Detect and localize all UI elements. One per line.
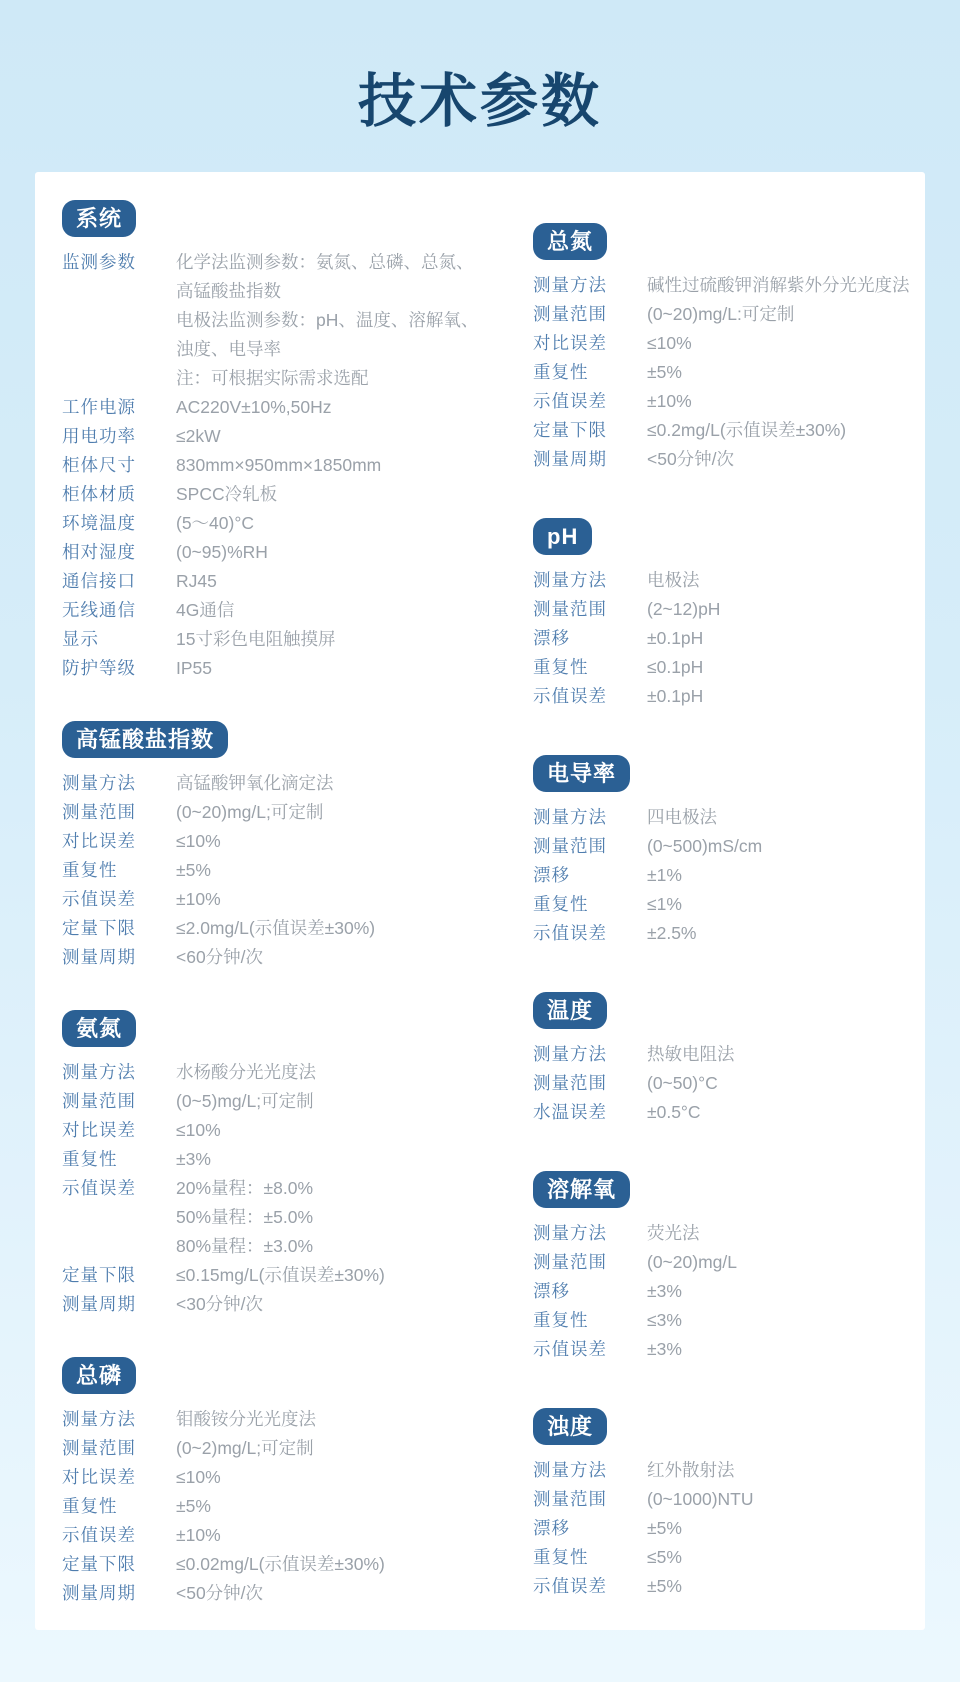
- spec-label: 测量周期: [533, 445, 647, 474]
- section-ph: pH测量方法电极法测量范围(2~12)pH漂移±0.1pH重复性≤0.1pH示值…: [533, 518, 913, 711]
- spec-value-line: IP55: [176, 654, 492, 683]
- spec-row: 用电功率≤2kW: [62, 422, 492, 451]
- spec-value-line: RJ45: [176, 567, 492, 596]
- spec-row: 监测参数化学法监测参数：氨氮、总磷、总氮、高锰酸盐指数电极法监测参数：pH、温度…: [62, 248, 492, 393]
- spec-label: 对比误差: [62, 1116, 176, 1145]
- spec-value: 高锰酸钾氧化滴定法: [176, 769, 492, 798]
- spec-value: ±2.5%: [647, 919, 913, 948]
- spec-row: 通信接口RJ45: [62, 567, 492, 596]
- spec-value: ±10%: [176, 1521, 492, 1550]
- spec-label: 测量范围: [533, 300, 647, 329]
- section-badge-system: 系统: [62, 200, 136, 237]
- page: 技术参数 系统监测参数化学法监测参数：氨氮、总磷、总氮、高锰酸盐指数电极法监测参…: [0, 0, 960, 1682]
- spec-value: ≤0.02mg/L(示值误差±30%): [176, 1550, 492, 1579]
- spec-value-line: (0~2)mg/L;可定制: [176, 1434, 492, 1463]
- spec-label: 重复性: [62, 1145, 176, 1174]
- spec-value-line: SPCC冷轧板: [176, 480, 492, 509]
- spec-value-line: 电极法: [647, 566, 913, 595]
- spec-label: 防护等级: [62, 654, 176, 683]
- section-ammonia-nitrogen: 氨氮测量方法水杨酸分光光度法测量范围(0~5)mg/L;可定制对比误差≤10%重…: [62, 1010, 492, 1319]
- spec-row: 对比误差≤10%: [62, 1116, 492, 1145]
- spec-value: ±5%: [176, 856, 492, 885]
- spec-value: 红外散射法: [647, 1456, 913, 1485]
- spec-label: 测量方法: [533, 1040, 647, 1069]
- spec-rows: 监测参数化学法监测参数：氨氮、总磷、总氮、高锰酸盐指数电极法监测参数：pH、温度…: [62, 248, 492, 683]
- spec-row: 示值误差±10%: [62, 885, 492, 914]
- spec-value: ±3%: [647, 1277, 913, 1306]
- spec-row: 重复性≤5%: [533, 1543, 913, 1572]
- spec-row: 测量范围(0~20)mg/L: [533, 1248, 913, 1277]
- spec-rows: 测量方法电极法测量范围(2~12)pH漂移±0.1pH重复性≤0.1pH示值误差…: [533, 566, 913, 711]
- spec-value-line: (0~5)mg/L;可定制: [176, 1087, 492, 1116]
- spec-value: ≤0.15mg/L(示值误差±30%): [176, 1261, 492, 1290]
- spec-rows: 测量方法荧光法测量范围(0~20)mg/L漂移±3%重复性≤3%示值误差±3%: [533, 1219, 913, 1364]
- spec-value: ±0.1pH: [647, 682, 913, 711]
- spec-label: 测量范围: [62, 798, 176, 827]
- spec-value-line: ±3%: [647, 1277, 913, 1306]
- spec-value: ±5%: [647, 358, 913, 387]
- spec-label: 对比误差: [62, 827, 176, 856]
- spec-value: 电极法: [647, 566, 913, 595]
- spec-value-line: (0~20)mg/L;可定制: [176, 798, 492, 827]
- spec-value-line: ≤0.2mg/L(示值误差±30%): [647, 416, 913, 445]
- spec-row: 柜体材质SPCC冷轧板: [62, 480, 492, 509]
- spec-label: 重复性: [533, 890, 647, 919]
- spec-value-line: 830mm×950mm×1850mm: [176, 451, 492, 480]
- spec-label: 水温误差: [533, 1098, 647, 1127]
- spec-value: (0~500)mS/cm: [647, 832, 913, 861]
- spec-row: 测量方法热敏电阻法: [533, 1040, 913, 1069]
- spec-row: 柜体尺寸830mm×950mm×1850mm: [62, 451, 492, 480]
- spec-row: 测量方法荧光法: [533, 1219, 913, 1248]
- spec-value: ≤0.2mg/L(示值误差±30%): [647, 416, 913, 445]
- spec-value-line: <60分钟/次: [176, 943, 492, 972]
- spec-value-line: ±5%: [647, 1572, 913, 1601]
- spec-value-line: 四电极法: [647, 803, 913, 832]
- section-temperature: 温度测量方法热敏电阻法测量范围(0~50)°C水温误差±0.5°C: [533, 992, 913, 1127]
- spec-row: 重复性±3%: [62, 1145, 492, 1174]
- section-conductivity: 电导率测量方法四电极法测量范围(0~500)mS/cm漂移±1%重复性≤1%示值…: [533, 755, 913, 948]
- spec-value: 化学法监测参数：氨氮、总磷、总氮、高锰酸盐指数电极法监测参数：pH、温度、溶解氧…: [176, 248, 492, 393]
- spec-label: 柜体尺寸: [62, 451, 176, 480]
- spec-value: (0~2)mg/L;可定制: [176, 1434, 492, 1463]
- spec-label: 工作电源: [62, 393, 176, 422]
- spec-row: 定量下限≤0.02mg/L(示值误差±30%): [62, 1550, 492, 1579]
- spec-row: 测量范围(0~1000)NTU: [533, 1485, 913, 1514]
- spec-row: 对比误差≤10%: [62, 827, 492, 856]
- spec-label: 测量范围: [533, 832, 647, 861]
- spec-value-line: 高锰酸盐指数: [176, 277, 492, 306]
- spec-label: 监测参数: [62, 248, 176, 277]
- spec-value-line: (0~50)°C: [647, 1069, 913, 1098]
- spec-value-line: ±0.5°C: [647, 1098, 913, 1127]
- spec-label: 定量下限: [533, 416, 647, 445]
- section-dissolved-oxygen: 溶解氧测量方法荧光法测量范围(0~20)mg/L漂移±3%重复性≤3%示值误差±…: [533, 1171, 913, 1364]
- spec-row: 定量下限≤0.2mg/L(示值误差±30%): [533, 416, 913, 445]
- spec-value: 4G通信: [176, 596, 492, 625]
- section-badge-conductivity: 电导率: [533, 755, 630, 792]
- spec-row: 相对湿度(0~95)%RH: [62, 538, 492, 567]
- spec-label: 示值误差: [533, 682, 647, 711]
- spec-value-line: 化学法监测参数：氨氮、总磷、总氮、: [176, 248, 492, 277]
- spec-label: 测量方法: [62, 769, 176, 798]
- spec-row: 测量周期<60分钟/次: [62, 943, 492, 972]
- spec-value: 830mm×950mm×1850mm: [176, 451, 492, 480]
- spec-label: 定量下限: [62, 914, 176, 943]
- spec-value: ±5%: [176, 1492, 492, 1521]
- left-column: 系统监测参数化学法监测参数：氨氮、总磷、总氮、高锰酸盐指数电极法监测参数：pH、…: [62, 172, 492, 1608]
- spec-value: ≤0.1pH: [647, 653, 913, 682]
- spec-row: 重复性≤1%: [533, 890, 913, 919]
- spec-value: ±0.1pH: [647, 624, 913, 653]
- spec-row: 测量周期<50分钟/次: [62, 1579, 492, 1608]
- spec-value-line: (0~20)mg/L:可定制: [647, 300, 913, 329]
- spec-value: ≤2.0mg/L(示值误差±30%): [176, 914, 492, 943]
- spec-value-line: <50分钟/次: [647, 445, 913, 474]
- spec-row: 定量下限≤0.15mg/L(示值误差±30%): [62, 1261, 492, 1290]
- spec-label: 测量范围: [62, 1434, 176, 1463]
- spec-label: 漂移: [533, 1277, 647, 1306]
- spec-value-line: ≤2.0mg/L(示值误差±30%): [176, 914, 492, 943]
- spec-label: 漂移: [533, 861, 647, 890]
- spec-value-line: 注：可根据实际需求选配: [176, 364, 492, 393]
- spec-rows: 测量方法热敏电阻法测量范围(0~50)°C水温误差±0.5°C: [533, 1040, 913, 1127]
- spec-value-line: ≤10%: [176, 827, 492, 856]
- spec-row: 测量范围(0~50)°C: [533, 1069, 913, 1098]
- spec-label: 示值误差: [62, 1174, 176, 1203]
- spec-value: 水杨酸分光光度法: [176, 1058, 492, 1087]
- spec-label: 示值误差: [533, 1572, 647, 1601]
- spec-value-line: ±10%: [647, 387, 913, 416]
- spec-rows: 测量方法钼酸铵分光光度法测量范围(0~2)mg/L;可定制对比误差≤10%重复性…: [62, 1405, 492, 1608]
- spec-label: 定量下限: [62, 1550, 176, 1579]
- spec-value: <60分钟/次: [176, 943, 492, 972]
- spec-label: 测量周期: [62, 1579, 176, 1608]
- spec-label: 示值误差: [533, 1335, 647, 1364]
- spec-row: 重复性≤3%: [533, 1306, 913, 1335]
- spec-row: 测量方法四电极法: [533, 803, 913, 832]
- spec-row: 示值误差20%量程：±8.0%50%量程：±5.0%80%量程：±3.0%: [62, 1174, 492, 1261]
- spec-value-line: ±10%: [176, 1521, 492, 1550]
- spec-label: 显示: [62, 625, 176, 654]
- spec-row: 测量方法水杨酸分光光度法: [62, 1058, 492, 1087]
- spec-row: 示值误差±3%: [533, 1335, 913, 1364]
- spec-value-line: 荧光法: [647, 1219, 913, 1248]
- spec-value-line: 高锰酸钾氧化滴定法: [176, 769, 492, 798]
- spec-label: 测量范围: [62, 1087, 176, 1116]
- spec-label: 示值误差: [62, 885, 176, 914]
- spec-label: 重复性: [533, 653, 647, 682]
- spec-label: 测量周期: [62, 1290, 176, 1319]
- spec-row: 示值误差±0.1pH: [533, 682, 913, 711]
- spec-label: 测量范围: [533, 595, 647, 624]
- spec-rows: 测量方法碱性过硫酸钾消解紫外分光光度法测量范围(0~20)mg/L:可定制对比误…: [533, 271, 913, 474]
- spec-value-line: 4G通信: [176, 596, 492, 625]
- spec-value: ≤10%: [176, 827, 492, 856]
- spec-value-line: (0~95)%RH: [176, 538, 492, 567]
- spec-row: 工作电源AC220V±10%,50Hz: [62, 393, 492, 422]
- spec-row: 重复性±5%: [533, 358, 913, 387]
- spec-value-line: 红外散射法: [647, 1456, 913, 1485]
- spec-value: ±1%: [647, 861, 913, 890]
- spec-value-line: 浊度、电导率: [176, 335, 492, 364]
- spec-value-line: ±3%: [647, 1335, 913, 1364]
- spec-value-line: 碱性过硫酸钾消解紫外分光光度法: [647, 271, 913, 300]
- spec-value-line: ≤2kW: [176, 422, 492, 451]
- spec-row: 测量范围(0~20)mg/L:可定制: [533, 300, 913, 329]
- spec-value-line: 水杨酸分光光度法: [176, 1058, 492, 1087]
- spec-value-line: ≤0.15mg/L(示值误差±30%): [176, 1261, 492, 1290]
- spec-value-line: ±10%: [176, 885, 492, 914]
- spec-value-line: (5～40)°C: [176, 509, 492, 538]
- spec-row: 测量周期<50分钟/次: [533, 445, 913, 474]
- spec-label: 测量方法: [533, 803, 647, 832]
- spec-value: <50分钟/次: [647, 445, 913, 474]
- spec-value: 荧光法: [647, 1219, 913, 1248]
- spec-row: 测量范围(0~20)mg/L;可定制: [62, 798, 492, 827]
- spec-label: 定量下限: [62, 1261, 176, 1290]
- spec-label: 测量范围: [533, 1485, 647, 1514]
- spec-value: (2~12)pH: [647, 595, 913, 624]
- section-badge-ph: pH: [533, 518, 592, 555]
- spec-value: (0~5)mg/L;可定制: [176, 1087, 492, 1116]
- spec-row: 测量方法高锰酸钾氧化滴定法: [62, 769, 492, 798]
- spec-value: SPCC冷轧板: [176, 480, 492, 509]
- spec-row: 示值误差±10%: [533, 387, 913, 416]
- spec-value: (0~20)mg/L;可定制: [176, 798, 492, 827]
- spec-label: 漂移: [533, 1514, 647, 1543]
- spec-row: 对比误差≤10%: [62, 1463, 492, 1492]
- right-column: 总氮测量方法碱性过硫酸钾消解紫外分光光度法测量范围(0~20)mg/L:可定制对…: [533, 172, 913, 1601]
- spec-label: 示值误差: [533, 919, 647, 948]
- spec-row: 定量下限≤2.0mg/L(示值误差±30%): [62, 914, 492, 943]
- spec-value-line: 80%量程：±3.0%: [176, 1232, 492, 1261]
- spec-label: 重复性: [62, 1492, 176, 1521]
- spec-row: 漂移±1%: [533, 861, 913, 890]
- page-title: 技术参数: [0, 54, 960, 138]
- spec-value: <50分钟/次: [176, 1579, 492, 1608]
- spec-value-line: ±5%: [647, 1514, 913, 1543]
- spec-value: (0~50)°C: [647, 1069, 913, 1098]
- spec-row: 环境温度(5～40)°C: [62, 509, 492, 538]
- spec-value: (0~20)mg/L: [647, 1248, 913, 1277]
- spec-label: 重复性: [533, 1543, 647, 1572]
- spec-value: ±5%: [647, 1572, 913, 1601]
- spec-value-line: (2~12)pH: [647, 595, 913, 624]
- spec-rows: 测量方法高锰酸钾氧化滴定法测量范围(0~20)mg/L;可定制对比误差≤10%重…: [62, 769, 492, 972]
- spec-label: 测量方法: [533, 271, 647, 300]
- spec-rows: 测量方法水杨酸分光光度法测量范围(0~5)mg/L;可定制对比误差≤10%重复性…: [62, 1058, 492, 1319]
- section-permanganate-index: 高锰酸盐指数测量方法高锰酸钾氧化滴定法测量范围(0~20)mg/L;可定制对比误…: [62, 721, 492, 972]
- spec-value: ≤2kW: [176, 422, 492, 451]
- spec-label: 相对湿度: [62, 538, 176, 567]
- spec-value-line: ±0.1pH: [647, 682, 913, 711]
- section-total-phosphorus: 总磷测量方法钼酸铵分光光度法测量范围(0~2)mg/L;可定制对比误差≤10%重…: [62, 1357, 492, 1608]
- spec-value: IP55: [176, 654, 492, 683]
- spec-value: (0~95)%RH: [176, 538, 492, 567]
- spec-row: 重复性≤0.1pH: [533, 653, 913, 682]
- spec-label: 重复性: [533, 358, 647, 387]
- spec-value: (0~20)mg/L:可定制: [647, 300, 913, 329]
- spec-row: 对比误差≤10%: [533, 329, 913, 358]
- spec-row: 示值误差±10%: [62, 1521, 492, 1550]
- spec-row: 重复性±5%: [62, 856, 492, 885]
- spec-label: 测量方法: [533, 1219, 647, 1248]
- spec-row: 测量范围(0~500)mS/cm: [533, 832, 913, 861]
- spec-value: 钼酸铵分光光度法: [176, 1405, 492, 1434]
- section-badge-ammonia-nitrogen: 氨氮: [62, 1010, 136, 1047]
- section-badge-total-phosphorus: 总磷: [62, 1357, 136, 1394]
- spec-row: 测量方法电极法: [533, 566, 913, 595]
- spec-label: 测量范围: [533, 1248, 647, 1277]
- spec-value-line: ≤3%: [647, 1306, 913, 1335]
- spec-label: 测量方法: [533, 566, 647, 595]
- spec-value-line: ≤10%: [647, 329, 913, 358]
- spec-label: 柜体材质: [62, 480, 176, 509]
- spec-row: 测量范围(0~5)mg/L;可定制: [62, 1087, 492, 1116]
- spec-value-line: ±1%: [647, 861, 913, 890]
- spec-value-line: (0~20)mg/L: [647, 1248, 913, 1277]
- spec-value: 15寸彩色电阻触摸屏: [176, 625, 492, 654]
- spec-value: 20%量程：±8.0%50%量程：±5.0%80%量程：±3.0%: [176, 1174, 492, 1261]
- spec-row: 测量范围(0~2)mg/L;可定制: [62, 1434, 492, 1463]
- spec-value: ±10%: [176, 885, 492, 914]
- spec-label: 无线通信: [62, 596, 176, 625]
- spec-value-line: ±5%: [647, 358, 913, 387]
- spec-value: ±5%: [647, 1514, 913, 1543]
- spec-value: ≤1%: [647, 890, 913, 919]
- spec-label: 重复性: [62, 856, 176, 885]
- spec-row: 示值误差±2.5%: [533, 919, 913, 948]
- spec-label: 测量范围: [533, 1069, 647, 1098]
- spec-row: 测量方法红外散射法: [533, 1456, 913, 1485]
- spec-rows: 测量方法红外散射法测量范围(0~1000)NTU漂移±5%重复性≤5%示值误差±…: [533, 1456, 913, 1601]
- spec-value: ±3%: [647, 1335, 913, 1364]
- spec-value: ≤10%: [176, 1116, 492, 1145]
- spec-card: 系统监测参数化学法监测参数：氨氮、总磷、总氮、高锰酸盐指数电极法监测参数：pH、…: [35, 172, 925, 1630]
- spec-value-line: <50分钟/次: [176, 1579, 492, 1608]
- spec-value-line: ≤5%: [647, 1543, 913, 1572]
- spec-value: 热敏电阻法: [647, 1040, 913, 1069]
- spec-row: 水温误差±0.5°C: [533, 1098, 913, 1127]
- spec-value-line: 电极法监测参数：pH、温度、溶解氧、: [176, 306, 492, 335]
- spec-value-line: <30分钟/次: [176, 1290, 492, 1319]
- spec-value-line: AC220V±10%,50Hz: [176, 393, 492, 422]
- spec-value-line: ±0.1pH: [647, 624, 913, 653]
- spec-row: 无线通信4G通信: [62, 596, 492, 625]
- spec-value: ≤3%: [647, 1306, 913, 1335]
- spec-value-line: ±5%: [176, 1492, 492, 1521]
- spec-value-line: 热敏电阻法: [647, 1040, 913, 1069]
- spec-value: <30分钟/次: [176, 1290, 492, 1319]
- spec-value: ±10%: [647, 387, 913, 416]
- spec-value: ≤10%: [647, 329, 913, 358]
- spec-label: 对比误差: [62, 1463, 176, 1492]
- spec-value-line: ±2.5%: [647, 919, 913, 948]
- section-badge-total-nitrogen: 总氮: [533, 223, 607, 260]
- spec-label: 示值误差: [62, 1521, 176, 1550]
- spec-label: 重复性: [533, 1306, 647, 1335]
- spec-value-line: 15寸彩色电阻触摸屏: [176, 625, 492, 654]
- spec-row: 测量范围(2~12)pH: [533, 595, 913, 624]
- spec-row: 测量方法钼酸铵分光光度法: [62, 1405, 492, 1434]
- spec-value: 四电极法: [647, 803, 913, 832]
- spec-label: 环境温度: [62, 509, 176, 538]
- spec-value: ±0.5°C: [647, 1098, 913, 1127]
- section-badge-turbidity: 浊度: [533, 1408, 607, 1445]
- spec-value: (5～40)°C: [176, 509, 492, 538]
- spec-value-line: (0~1000)NTU: [647, 1485, 913, 1514]
- section-system: 系统监测参数化学法监测参数：氨氮、总磷、总氮、高锰酸盐指数电极法监测参数：pH、…: [62, 200, 492, 683]
- spec-label: 示值误差: [533, 387, 647, 416]
- spec-value-line: ±5%: [176, 856, 492, 885]
- spec-row: 示值误差±5%: [533, 1572, 913, 1601]
- spec-value-line: 20%量程：±8.0%: [176, 1174, 492, 1203]
- section-badge-permanganate-index: 高锰酸盐指数: [62, 721, 228, 758]
- spec-label: 对比误差: [533, 329, 647, 358]
- spec-row: 漂移±5%: [533, 1514, 913, 1543]
- spec-value-line: ≤0.02mg/L(示值误差±30%): [176, 1550, 492, 1579]
- spec-label: 测量周期: [62, 943, 176, 972]
- spec-value-line: 钼酸铵分光光度法: [176, 1405, 492, 1434]
- section-badge-dissolved-oxygen: 溶解氧: [533, 1171, 630, 1208]
- spec-value: ±3%: [176, 1145, 492, 1174]
- spec-row: 测量方法碱性过硫酸钾消解紫外分光光度法: [533, 271, 913, 300]
- spec-label: 用电功率: [62, 422, 176, 451]
- spec-value-line: (0~500)mS/cm: [647, 832, 913, 861]
- spec-label: 漂移: [533, 624, 647, 653]
- spec-value-line: ±3%: [176, 1145, 492, 1174]
- section-total-nitrogen: 总氮测量方法碱性过硫酸钾消解紫外分光光度法测量范围(0~20)mg/L:可定制对…: [533, 223, 913, 474]
- spec-value: ≤5%: [647, 1543, 913, 1572]
- section-badge-temperature: 温度: [533, 992, 607, 1029]
- spec-value-line: 50%量程：±5.0%: [176, 1203, 492, 1232]
- spec-label: 测量方法: [533, 1456, 647, 1485]
- spec-value-line: ≤10%: [176, 1116, 492, 1145]
- spec-value-line: ≤1%: [647, 890, 913, 919]
- spec-value: AC220V±10%,50Hz: [176, 393, 492, 422]
- spec-value-line: ≤10%: [176, 1463, 492, 1492]
- spec-label: 通信接口: [62, 567, 176, 596]
- spec-label: 测量方法: [62, 1405, 176, 1434]
- spec-label: 测量方法: [62, 1058, 176, 1087]
- section-turbidity: 浊度测量方法红外散射法测量范围(0~1000)NTU漂移±5%重复性≤5%示值误…: [533, 1408, 913, 1601]
- spec-rows: 测量方法四电极法测量范围(0~500)mS/cm漂移±1%重复性≤1%示值误差±…: [533, 803, 913, 948]
- spec-row: 测量周期<30分钟/次: [62, 1290, 492, 1319]
- spec-value: 碱性过硫酸钾消解紫外分光光度法: [647, 271, 913, 300]
- spec-row: 防护等级IP55: [62, 654, 492, 683]
- spec-value: ≤10%: [176, 1463, 492, 1492]
- spec-row: 漂移±3%: [533, 1277, 913, 1306]
- spec-row: 漂移±0.1pH: [533, 624, 913, 653]
- spec-value: (0~1000)NTU: [647, 1485, 913, 1514]
- spec-row: 重复性±5%: [62, 1492, 492, 1521]
- spec-row: 显示15寸彩色电阻触摸屏: [62, 625, 492, 654]
- spec-value-line: ≤0.1pH: [647, 653, 913, 682]
- spec-value: RJ45: [176, 567, 492, 596]
